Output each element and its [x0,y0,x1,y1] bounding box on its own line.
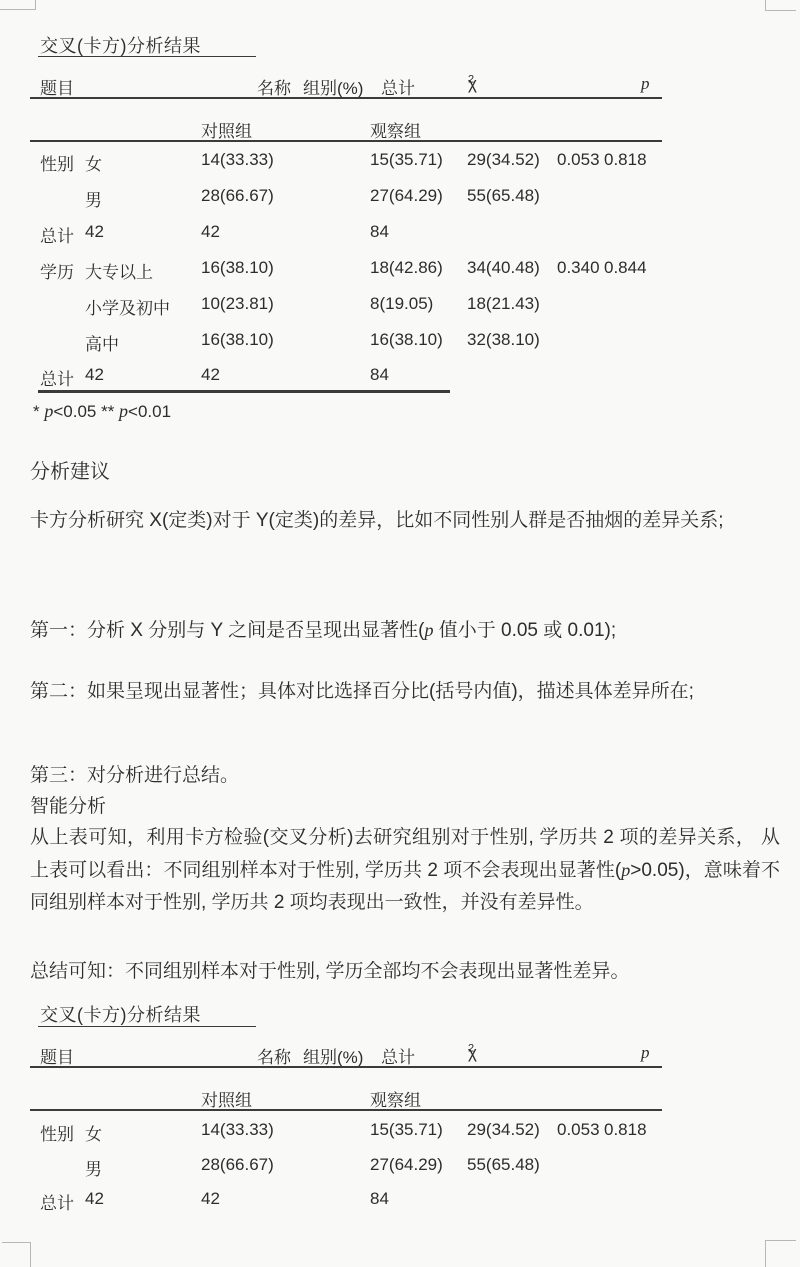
table-row: 性别 女 14(33.33) 15(35.71) 29(34.52) 0.053… [0,1120,800,1146]
cell-name: 小学及初中 [85,294,170,319]
cell-p: 0.818 [604,1120,647,1140]
col-topic: 题目 [40,74,74,99]
cell-chi: 0.340 [557,258,600,278]
cell-observation: 15(35.71) [370,150,443,170]
table-title: 交叉(卡方)分析结果 [40,32,201,58]
col-group: 组别(%) [303,1043,363,1068]
analysis-item-1: 第一：分析 X 分别与 Y 之间是否呈现出显著性(p 值小于 0.05 或 0.… [30,614,780,647]
table-row: 男 28(66.67) 27(64.29) 55(65.48) [0,1155,800,1181]
analysis-item-2: 第二：如果呈现出显著性；具体对比选择百分比(括号内值)，描述具体差异所在; [30,676,780,708]
table-title: 交叉(卡方)分析结果 [40,1001,201,1027]
page-corner-mark-bottom-right [765,1240,796,1267]
cell-total: 29(34.52) [467,150,540,170]
cell-observation: 84 [370,365,389,385]
col-name: 名称 [257,74,291,99]
observation-group-label: 观察组 [370,117,421,142]
table-row: 小学及初中 10(23.81) 8(19.05) 18(21.43) [0,294,800,320]
cell-topic: 总计 [40,365,74,390]
col-p-value: p [641,74,650,94]
cell-control: 16(38.10) [201,258,274,278]
col-p-value: p [641,1043,650,1063]
cell-control: 10(23.81) [201,294,274,314]
col-group: 组别(%) [303,74,363,99]
cell-control: 14(33.33) [201,150,274,170]
cell-p: 0.844 [604,258,647,278]
page-corner-mark-bottom-left [2,1242,31,1267]
cell-name: 男 [85,1155,102,1180]
table-bottom-border [38,390,450,393]
table-title-underline [38,56,256,57]
cell-p: 0.818 [604,150,647,170]
cell-observation: 16(38.10) [370,330,443,350]
cell-topic: 性别 [40,1120,74,1145]
smart-analysis-body: 从上表可知，利用卡方检验(交叉分析)去研究组别对于性别, 学历共 2 项的差异关… [30,822,780,919]
observation-group-label: 观察组 [370,1086,421,1111]
cell-topic: 学历 [40,258,74,283]
cell-observation: 27(64.29) [370,186,443,206]
table-row: 总计 42 42 84 [0,222,800,248]
cell-observation: 15(35.71) [370,1120,443,1140]
cell-topic: 总计 [40,1189,74,1214]
table-row: 男 28(66.67) 27(64.29) 55(65.48) [0,186,800,212]
cell-topic: 总计 [40,222,74,247]
col-name: 名称 [257,1043,291,1068]
col-chi-square: χ2 [468,1043,474,1063]
cell-control: 28(66.67) [201,1155,274,1175]
col-chi-square: χ2 [468,74,474,94]
control-group-label: 对照组 [201,117,252,142]
cell-observation: 84 [370,222,389,242]
cell-chi: 0.053 [557,150,600,170]
analysis-summary: 总结可知：不同组别样本对于性别, 学历全部均不会表现出显著性差异。 [30,956,780,988]
col-total: 总计 [381,74,415,99]
cell-chi: 0.053 [557,1120,600,1140]
cell-total: 29(34.52) [467,1120,540,1140]
col-topic: 题目 [40,1043,74,1068]
control-group-label: 对照组 [201,1086,252,1111]
cell-total: 34(40.48) [467,258,540,278]
analysis-heading: 分析建议 [30,455,110,484]
cell-name: 42 [85,222,104,242]
table-row: 总计 42 42 84 [0,365,800,391]
document-page: 交叉(卡方)分析结果 题目 名称 组别(%) 总计 χ2 p 对照组 观察组 性… [0,0,800,1267]
smart-analysis-heading: 智能分析 [30,791,780,823]
cell-name: 男 [85,186,102,211]
cell-observation: 27(64.29) [370,1155,443,1175]
cell-name: 大专以上 [85,258,153,283]
cell-topic: 性别 [40,150,74,175]
cell-total: 18(21.43) [467,294,540,314]
cell-name: 女 [85,150,102,175]
cell-control: 16(38.10) [201,330,274,350]
cell-observation: 18(42.86) [370,258,443,278]
subheader-divider [30,1109,662,1111]
analysis-item-3: 第三：对分析进行总结。 [30,760,780,792]
col-total: 总计 [381,1043,415,1068]
table-row: 总计 42 42 84 [0,1189,800,1215]
cell-total: 32(38.10) [467,330,540,350]
cell-control: 14(33.33) [201,1120,274,1140]
page-corner-mark-top-right [765,0,796,11]
table-row: 学历 大专以上 16(38.10) 18(42.86) 34(40.48) 0.… [0,258,800,284]
header-divider [30,1066,662,1068]
cell-observation: 84 [370,1189,389,1209]
cell-name: 高中 [85,330,119,355]
cell-name: 42 [85,1189,104,1209]
cell-total: 55(65.48) [467,1155,540,1175]
cell-observation: 8(19.05) [370,294,433,314]
cell-name: 42 [85,365,104,385]
cell-total: 55(65.48) [467,186,540,206]
table-row: 高中 16(38.10) 16(38.10) 32(38.10) [0,330,800,356]
cell-control: 42 [201,1189,220,1209]
cell-control: 42 [201,365,220,385]
page-corner-mark-top-left [0,0,36,10]
header-divider [30,97,662,99]
analysis-intro: 卡方分析研究 X(定类)对于 Y(定类)的差异，比如不同性别人群是否抽烟的差异关… [30,505,780,537]
significance-footnote: * p<0.05 ** p<0.01 [33,401,171,422]
subheader-divider [30,140,662,142]
table-title-underline [38,1026,256,1027]
cell-control: 28(66.67) [201,186,274,206]
cell-name: 女 [85,1120,102,1145]
cell-control: 42 [201,222,220,242]
table-row: 性别 女 14(33.33) 15(35.71) 29(34.52) 0.053… [0,150,800,176]
